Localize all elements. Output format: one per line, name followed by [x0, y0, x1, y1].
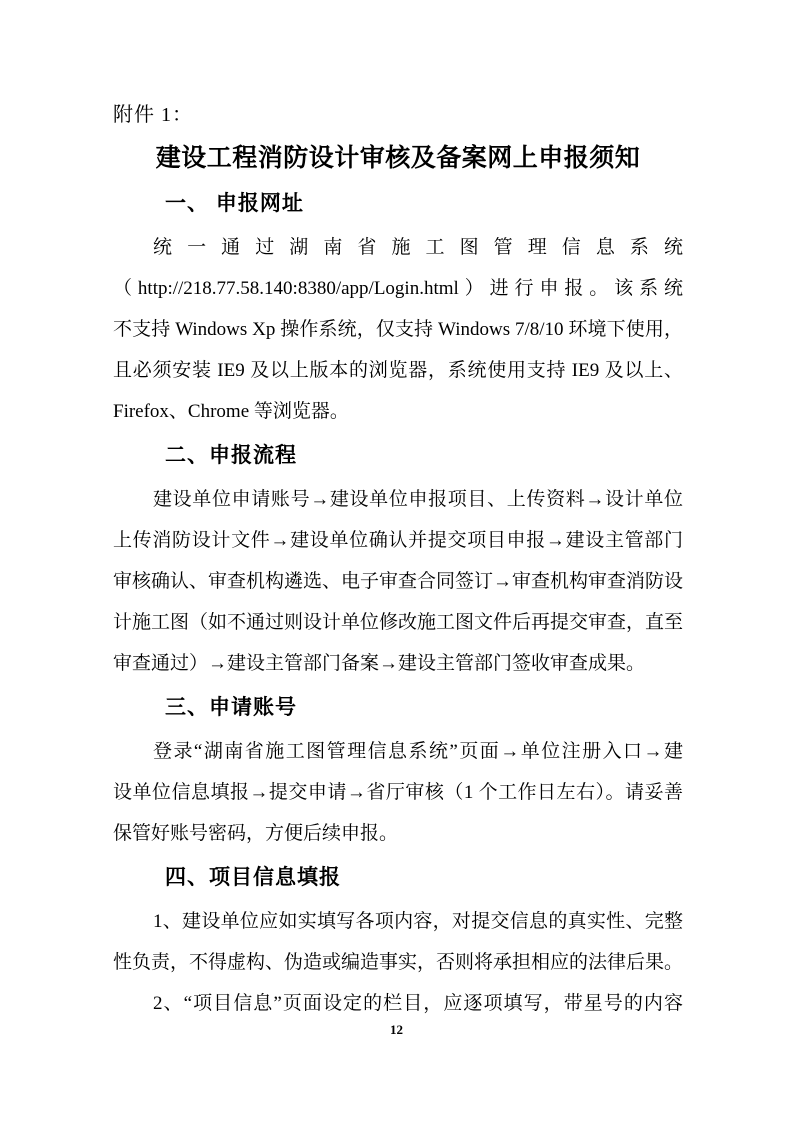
paragraph-line: 不支持 Windows Xp 操作系统，仅支持 Windows 7/8/10 环…: [113, 309, 683, 350]
paragraph-line: 建设单位申请账号→建设单位申报项目、上传资料→设计单位: [113, 479, 683, 520]
paragraph-line: 性负责，不得虚构、伪造或编造事实，否则将承担相应的法律后果。: [113, 942, 683, 983]
paragraph-line: 登录“湖南省施工图管理信息系统”页面→单位注册入口→建: [113, 731, 683, 772]
paragraph-line: 审查通过）→建设主管部门备案→建设主管部门签收审查成果。: [113, 643, 683, 684]
document-page: 附件 1： 建设工程消防设计审核及备案网上申报须知 一、 申报网址 统一通过湖南…: [0, 0, 793, 1122]
document-title: 建设工程消防设计审核及备案网上申报须知: [113, 136, 683, 180]
paragraph-line: 且必须安装 IE9 及以上版本的浏览器，系统使用支持 IE9 及以上、: [113, 350, 683, 391]
section-heading-declaration-url: 一、 申报网址: [113, 180, 683, 227]
paragraph-line: 上传消防设计文件→建设单位确认并提交项目申报→建设主管部门: [113, 520, 683, 561]
attachment-label: 附件 1：: [113, 95, 683, 136]
section-heading-project-info: 四、项目信息填报: [113, 854, 683, 901]
paragraph-line: 计施工图（如不通过则设计单位修改施工图文件后再提交审查，直至: [113, 602, 683, 643]
paragraph-line: 统一通过湖南省施工图管理信息系统: [113, 227, 683, 268]
section-heading-declaration-process: 二、申报流程: [113, 432, 683, 479]
paragraph-line: 设单位信息填报→提交申请→省厅审核（1 个工作日左右）。请妥善: [113, 772, 683, 813]
paragraph-line: 2、“项目信息”页面设定的栏目，应逐项填写，带星号的内容: [113, 983, 683, 1024]
page-number: 12: [0, 1022, 793, 1038]
paragraph-line: （http://218.77.58.140:8380/app/Login.htm…: [113, 268, 683, 309]
paragraph-line: 审核确认、审查机构遴选、电子审查合同签订→审查机构审查消防设: [113, 561, 683, 602]
document-content: 附件 1： 建设工程消防设计审核及备案网上申报须知 一、 申报网址 统一通过湖南…: [113, 95, 683, 1024]
section-heading-account-application: 三、申请账号: [113, 684, 683, 731]
paragraph-line: Firefox、Chrome 等浏览器。: [113, 391, 683, 432]
paragraph-line: 保管好账号密码，方便后续申报。: [113, 813, 683, 854]
paragraph-line: 1、建设单位应如实填写各项内容，对提交信息的真实性、完整: [113, 901, 683, 942]
